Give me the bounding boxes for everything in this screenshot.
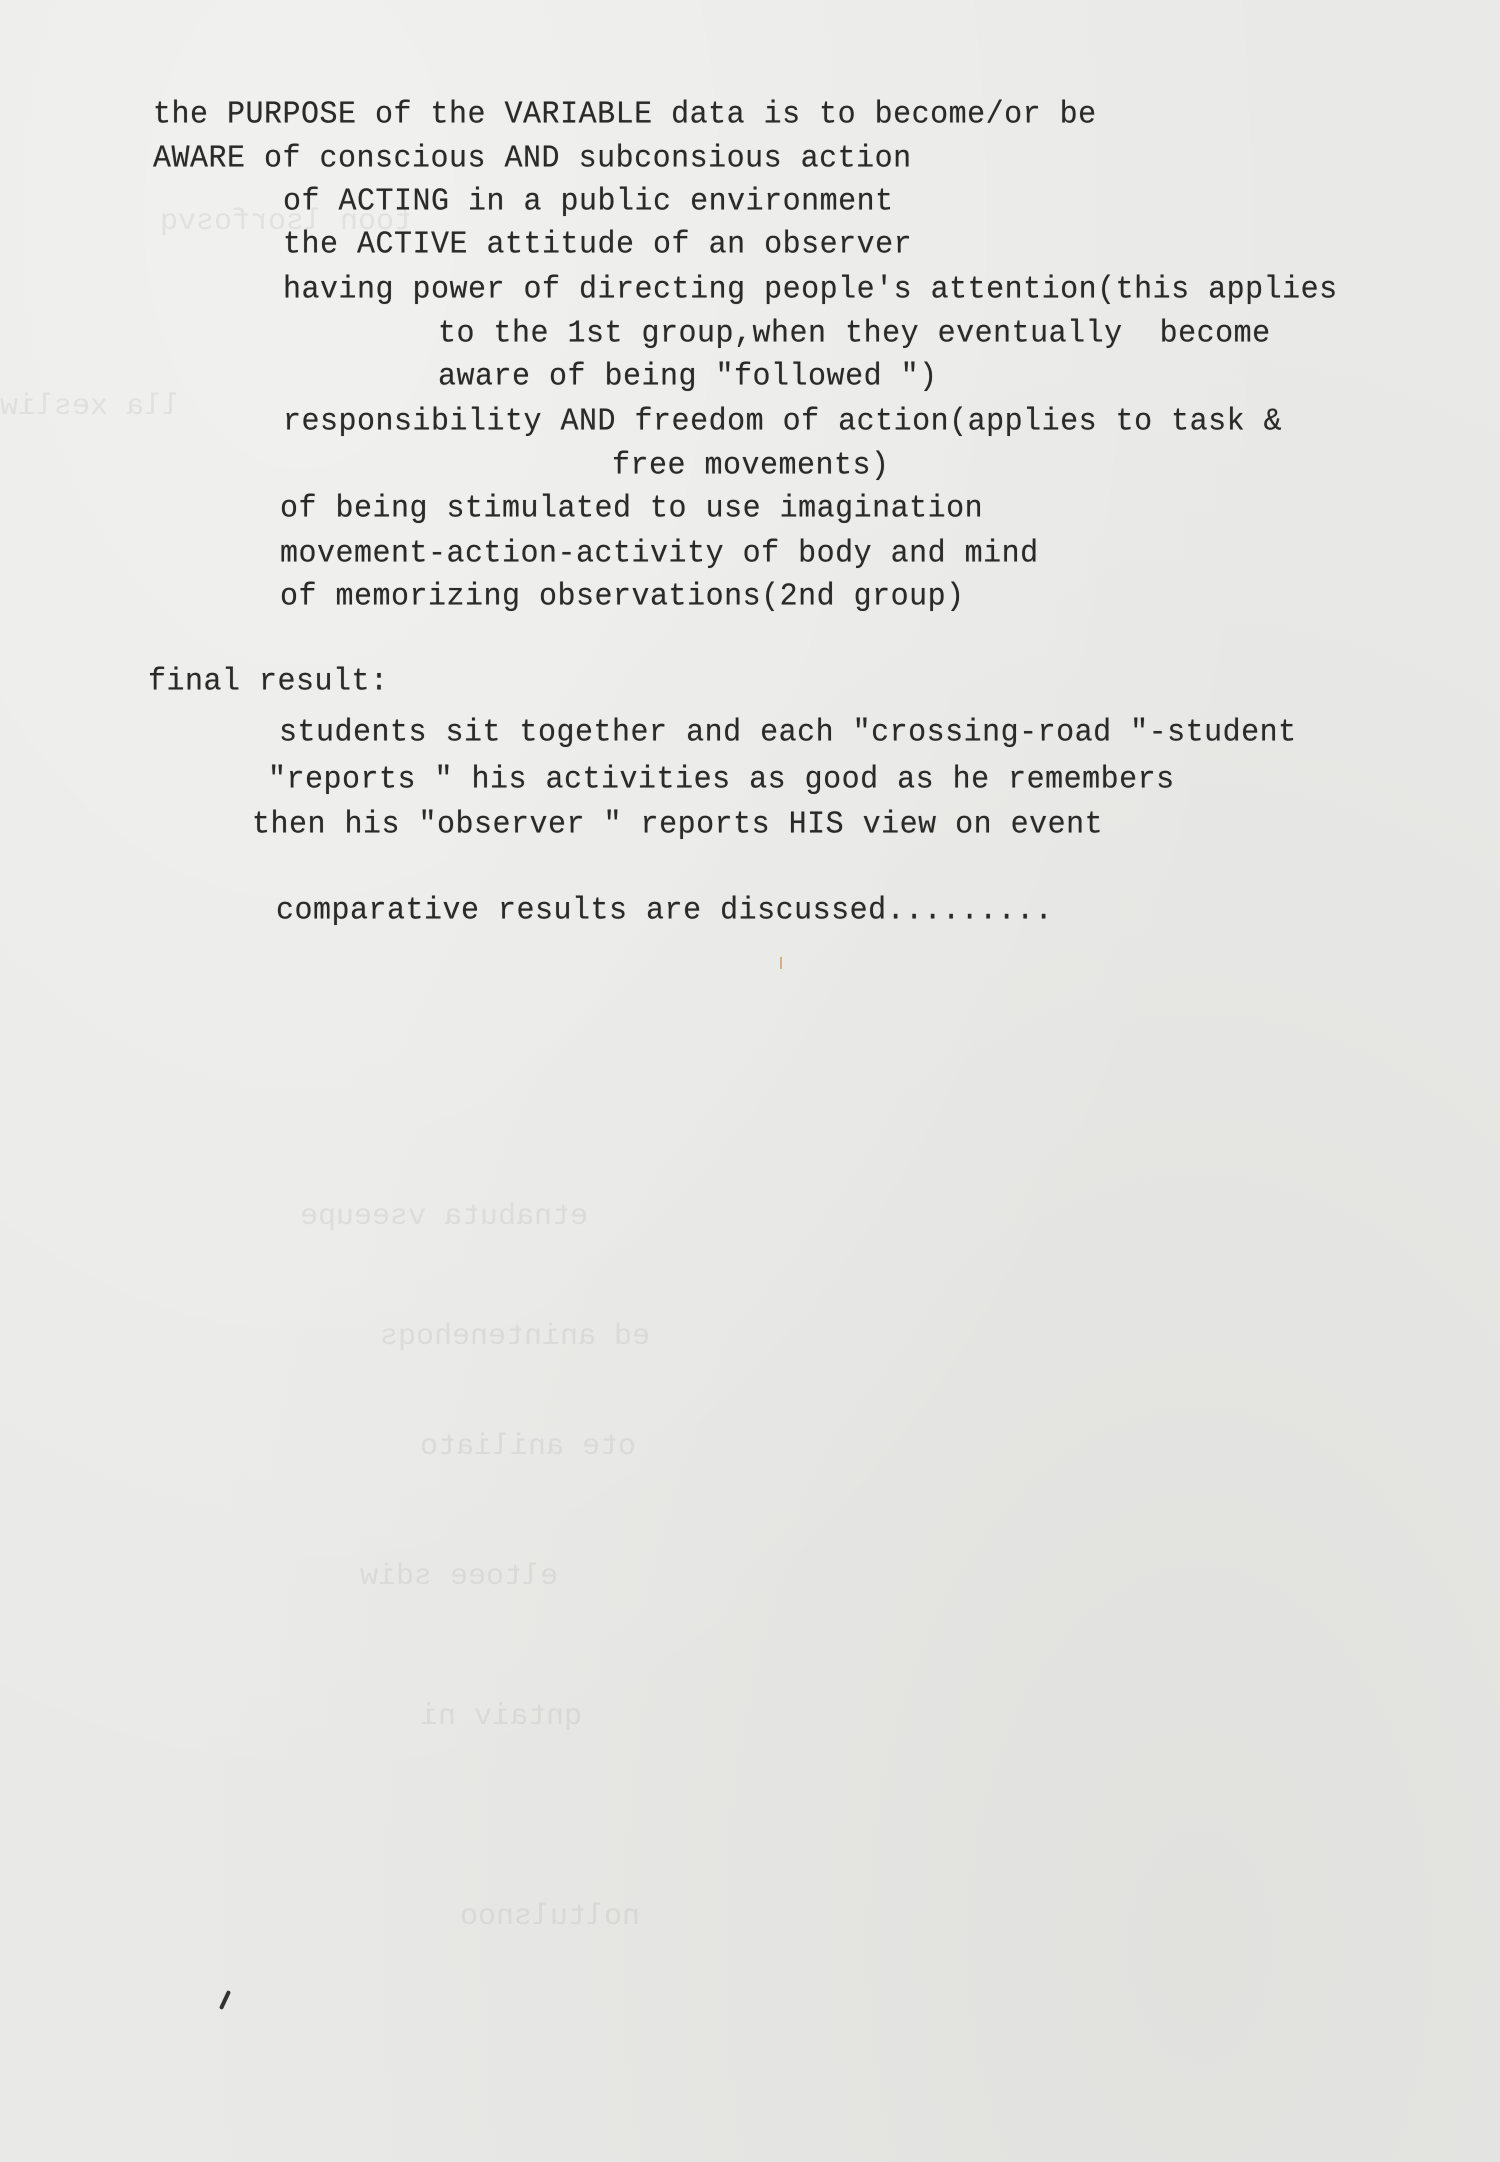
bleed-through-text: qntaiv ni — [420, 1700, 582, 1734]
bleed-through-text: ed anintenehoqs — [380, 1320, 650, 1354]
final-result-line-1: students sit together and each "crossing… — [279, 714, 1297, 752]
purpose-line-7: aware of being "followed ") — [438, 358, 938, 396]
purpose-line-10: of being stimulated to use imagination — [280, 490, 983, 528]
purpose-line-11: movement-action-activity of body and min… — [280, 535, 1039, 573]
final-result-heading: final result: — [148, 663, 389, 701]
purpose-line-12: of memorizing observations(2nd group) — [280, 578, 965, 616]
bleed-through-text: lla xesliw — [0, 390, 180, 424]
final-result-line-2: "reports " his activities as good as he … — [268, 761, 1175, 799]
typewritten-page: toon lsorfosvq lla xesliw etnabuta vseeu… — [0, 0, 1500, 2162]
bleed-through-text: eltoee sdiw — [360, 1560, 558, 1594]
purpose-line-8: responsibility AND freedom of action(app… — [283, 403, 1282, 441]
paper-mark — [780, 957, 782, 969]
purpose-line-4: the ACTIVE attitude of an observer — [283, 226, 912, 264]
purpose-line-6: to the 1st group,when they eventually be… — [438, 315, 1271, 353]
purpose-line-3: of ACTING in a public environment — [283, 183, 894, 221]
final-result-line-3: then his "observer " reports HIS view on… — [252, 806, 1103, 844]
purpose-line-5: having power of directing people's atten… — [283, 271, 1338, 309]
closing-line: comparative results are discussed.......… — [276, 892, 1053, 930]
bleed-through-text: noltulsnoo — [460, 1900, 640, 1934]
purpose-line-9: free movements) — [612, 447, 890, 485]
bleed-through-text: ote aniliato — [420, 1430, 636, 1464]
purpose-line-2: AWARE of conscious AND subconsious actio… — [153, 140, 912, 178]
pen-mark — [219, 1990, 231, 2010]
purpose-line-1: the PURPOSE of the VARIABLE data is to b… — [153, 96, 1097, 134]
bleed-through-text: etnabuta vseeupe — [300, 1200, 588, 1234]
